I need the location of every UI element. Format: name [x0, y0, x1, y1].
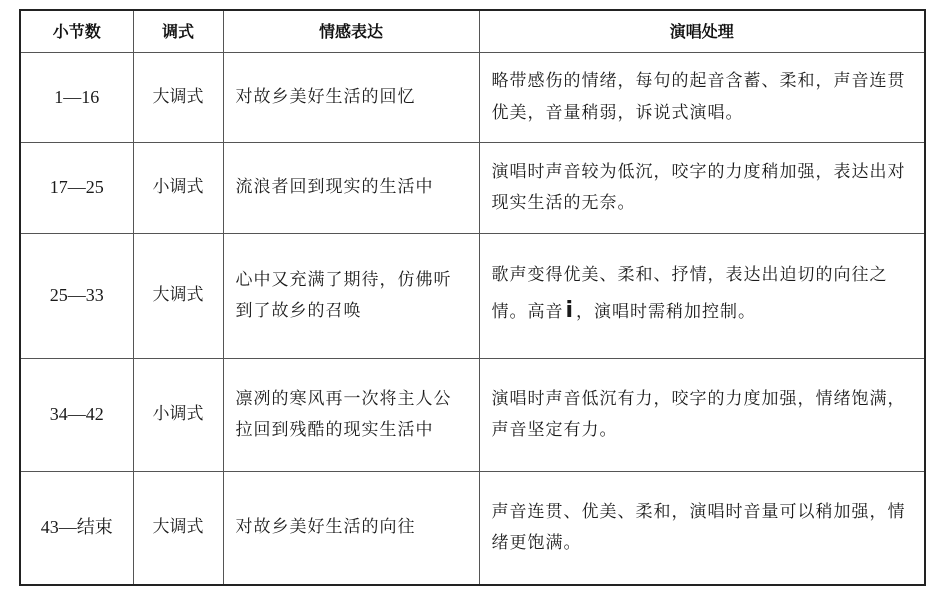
- cell-bars: 43—结束: [20, 472, 133, 586]
- cell-emotion: 对故乡美好生活的回忆: [223, 53, 479, 143]
- table-row: 34—42 小调式 凛冽的寒风再一次将主人公拉回到残酷的现实生活中 演唱时声音低…: [20, 359, 925, 472]
- cell-mode: 大调式: [133, 53, 223, 143]
- cell-mode: 小调式: [133, 143, 223, 234]
- cell-bars: 17—25: [20, 143, 133, 234]
- header-singing: 演唱处理: [479, 10, 925, 53]
- table-row: 17—25 小调式 流浪者回到现实的生活中 演唱时声音较为低沉，咬字的力度稍加强…: [20, 143, 925, 234]
- cell-singing: 略带感伤的情绪，每句的起音含蓄、柔和，声音连贯优美，音量稍弱，诉说式演唱。: [479, 53, 925, 143]
- cell-singing: 声音连贯、优美、柔和，演唱时音量可以稍加强，情绪更饱满。: [479, 472, 925, 586]
- table-row: 25—33 大调式 心中又充满了期待，仿佛听到了故乡的召唤 歌声变得优美、柔和、…: [20, 234, 925, 359]
- table-row: 1—16 大调式 对故乡美好生活的回忆 略带感伤的情绪，每句的起音含蓄、柔和，声…: [20, 53, 925, 143]
- cell-emotion: 心中又充满了期待，仿佛听到了故乡的召唤: [223, 234, 479, 359]
- cell-bars: 1—16: [20, 53, 133, 143]
- cell-mode: 小调式: [133, 359, 223, 472]
- cell-singing: 歌声变得优美、柔和、抒情，表达出迫切的向往之情。高音i，演唱时需稍加控制。: [479, 234, 925, 359]
- table-row: 43—结束 大调式 对故乡美好生活的向往 声音连贯、优美、柔和，演唱时音量可以稍…: [20, 472, 925, 586]
- cell-emotion: 凛冽的寒风再一次将主人公拉回到残酷的现实生活中: [223, 359, 479, 472]
- cell-bars: 25—33: [20, 234, 133, 359]
- table-header-row: 小节数 调式 情感表达 演唱处理: [20, 10, 925, 53]
- cell-emotion: 流浪者回到现实的生活中: [223, 143, 479, 234]
- cell-mode: 大调式: [133, 472, 223, 586]
- cell-singing: 演唱时声音较为低沉，咬字的力度稍加强，表达出对现实生活的无奈。: [479, 143, 925, 234]
- high-note-symbol: i: [564, 298, 577, 323]
- cell-mode: 大调式: [133, 234, 223, 359]
- cell-bars: 34—42: [20, 359, 133, 472]
- cell-singing: 演唱时声音低沉有力，咬字的力度加强，情绪饱满，声音坚定有力。: [479, 359, 925, 472]
- header-mode: 调式: [133, 10, 223, 53]
- header-bars: 小节数: [20, 10, 133, 53]
- song-analysis-table: 小节数 调式 情感表达 演唱处理 1—16 大调式 对故乡美好生活的回忆 略带感…: [19, 9, 926, 586]
- header-emotion: 情感表达: [223, 10, 479, 53]
- singing-text-after: ，演唱时需稍加控制。: [576, 302, 756, 322]
- cell-emotion: 对故乡美好生活的向往: [223, 472, 479, 586]
